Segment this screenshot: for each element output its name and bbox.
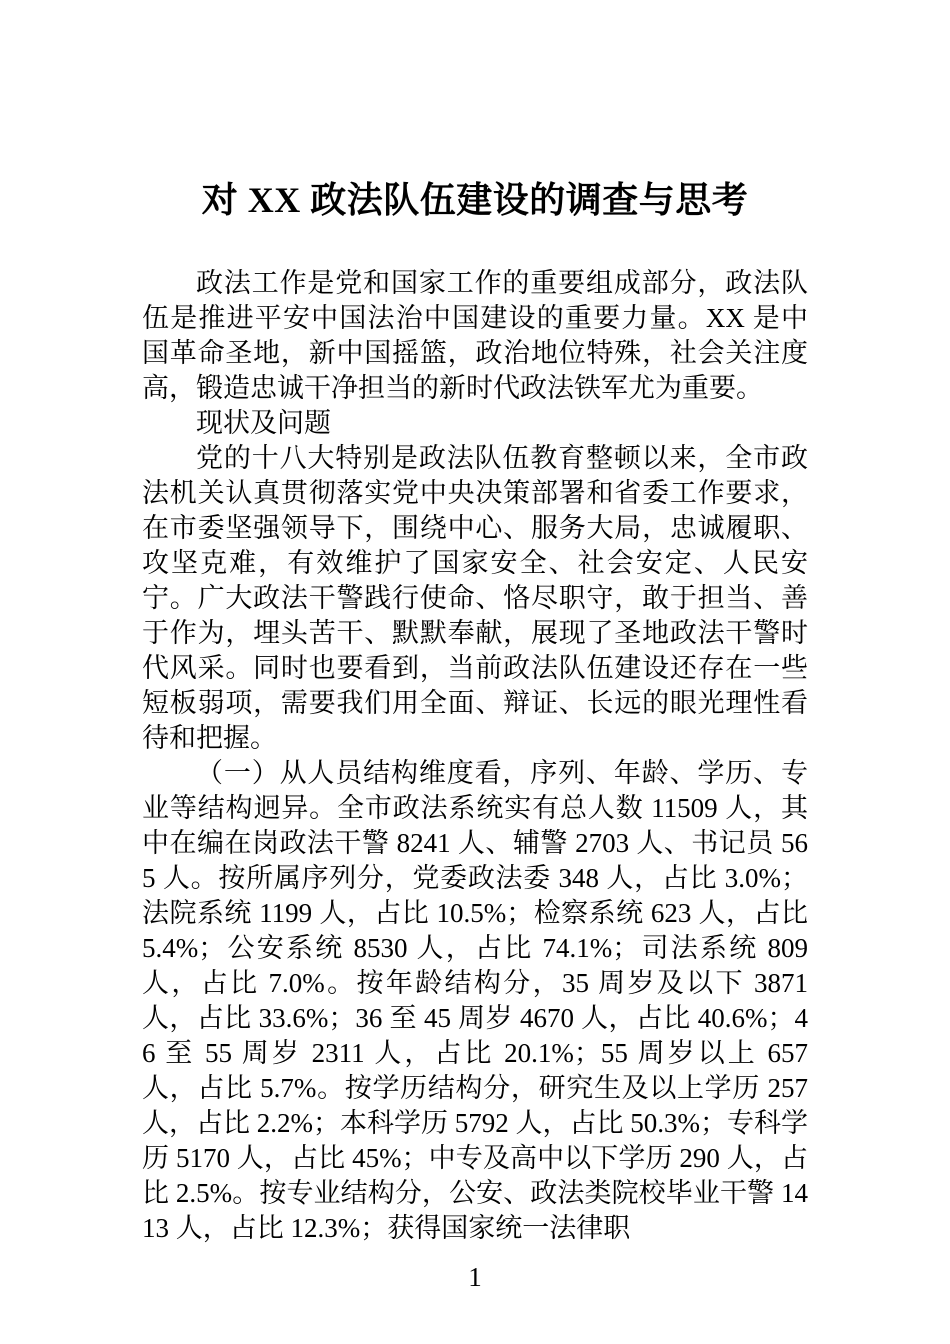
section-heading-status-and-problems: 现状及问题 (142, 406, 808, 441)
page-number: 1 (0, 1260, 950, 1295)
document-title: 对 XX 政法队伍建设的调查与思考 (140, 178, 810, 222)
paragraph-intro: 政法工作是党和国家工作的重要组成部分，政法队伍是推进平安中国法治中国建设的重要力… (142, 266, 808, 406)
paragraph-overview: 党的十八大特别是政法队伍教育整顿以来，全市政法机关认真贯彻落实党中央决策部署和省… (142, 441, 808, 756)
paragraph-personnel-structure: （一）从人员结构维度看，序列、年龄、学历、专业等结构迥异。全市政法系统实有总人数… (142, 756, 808, 1246)
document-page: 对 XX 政法队伍建设的调查与思考 政法工作是党和国家工作的重要组成部分，政法队… (0, 0, 950, 1344)
document-body: 政法工作是党和国家工作的重要组成部分，政法队伍是推进平安中国法治中国建设的重要力… (142, 266, 808, 1246)
